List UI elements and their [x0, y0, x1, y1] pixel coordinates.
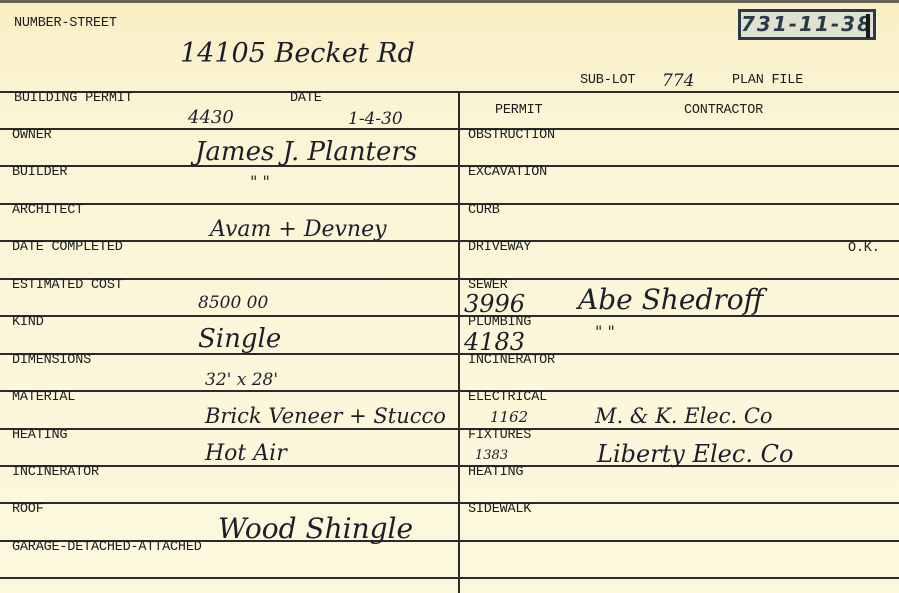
- material-label: MATERIAL: [12, 390, 75, 405]
- owner-value: James J. Planters: [195, 137, 417, 167]
- rule: [0, 91, 899, 93]
- rule: [0, 577, 899, 579]
- obstruction-label: OBSTRUCTION: [468, 128, 555, 143]
- number-street-value: 14105 Becket Rd: [180, 38, 415, 69]
- sewer-permit-value: 3996: [464, 290, 525, 318]
- sub-lot-value: 774: [662, 71, 694, 91]
- architect-value: Avam + Devney: [210, 217, 387, 242]
- heating-value: Hot Air: [205, 441, 287, 466]
- incinerator-label: INCINERATOR: [12, 465, 99, 480]
- stamp-mark: [866, 14, 870, 38]
- contractor-header: CONTRACTOR: [684, 103, 763, 118]
- rule: [0, 428, 899, 430]
- sub-lot-label: SUB-LOT: [580, 73, 635, 88]
- electrical-label: ELECTRICAL: [468, 390, 547, 405]
- material-value: Brick Veneer + Stucco: [205, 404, 446, 428]
- dimensions-label: DIMENSIONS: [12, 353, 91, 368]
- date-completed-label: DATE COMPLETED: [12, 240, 123, 255]
- rule: [0, 128, 899, 130]
- permit-card: 731-11-38 NUMBER-STREET 14105 Becket Rd …: [0, 0, 899, 593]
- kind-label: KIND: [12, 315, 44, 330]
- builder-value: " ": [250, 172, 270, 191]
- curb-label: CURB: [468, 203, 500, 218]
- date-label: DATE: [290, 91, 322, 106]
- excavation-label: EXCAVATION: [468, 165, 547, 180]
- driveway-label: DRIVEWAY: [468, 240, 531, 255]
- roof-label: ROOF: [12, 502, 44, 517]
- estimated-cost-label: ESTIMATED COST: [12, 278, 123, 293]
- card-number-stamp: 731-11-38: [738, 9, 876, 40]
- building-permit-value: 4430: [188, 107, 234, 128]
- dimensions-value: 32' x 28': [205, 370, 278, 390]
- garage-label: GARAGE-DETACHED-ATTACHED: [12, 540, 202, 555]
- rule: [0, 315, 899, 317]
- owner-label: OWNER: [12, 128, 52, 143]
- rule: [0, 278, 899, 280]
- rule: [0, 353, 899, 355]
- plumbing-contractor-value: " ": [595, 322, 615, 341]
- estimated-cost-value: 8500 00: [198, 293, 268, 313]
- sidewalk-label: SIDEWALK: [468, 502, 531, 517]
- rule: [0, 502, 899, 504]
- fixtures-permit-value: 1383: [475, 448, 508, 463]
- permit-header: PERMIT: [495, 103, 542, 118]
- number-street-label: NUMBER-STREET: [14, 16, 117, 31]
- driveway-status: O.K.: [848, 241, 880, 256]
- fixtures-label: FIXTURES: [468, 428, 531, 443]
- electrical-contractor-value: M. & K. Elec. Co: [595, 404, 773, 428]
- kind-value: Single: [198, 324, 281, 354]
- date-value: 1-4-30: [348, 109, 403, 129]
- heating-label: HEATING: [12, 428, 67, 443]
- architect-label: ARCHITECT: [12, 203, 83, 218]
- sewer-contractor-value: Abe Shedroff: [578, 283, 763, 316]
- rule: [0, 165, 899, 167]
- electrical-permit-value: 1162: [490, 408, 528, 426]
- plan-file-label: PLAN FILE: [732, 73, 803, 88]
- building-permit-label: BUILDING PERMIT: [14, 91, 133, 106]
- heating-permit-label: HEATING: [468, 465, 523, 480]
- fixtures-contractor-value: Liberty Elec. Co: [597, 440, 793, 468]
- plumbing-permit-value: 4183: [464, 328, 525, 356]
- rule: [0, 203, 899, 205]
- column-divider: [458, 91, 460, 593]
- roof-value: Wood Shingle: [218, 512, 413, 545]
- card-top-edge: [0, 0, 899, 3]
- rule: [0, 390, 899, 392]
- rule: [0, 240, 899, 242]
- builder-label: BUILDER: [12, 165, 67, 180]
